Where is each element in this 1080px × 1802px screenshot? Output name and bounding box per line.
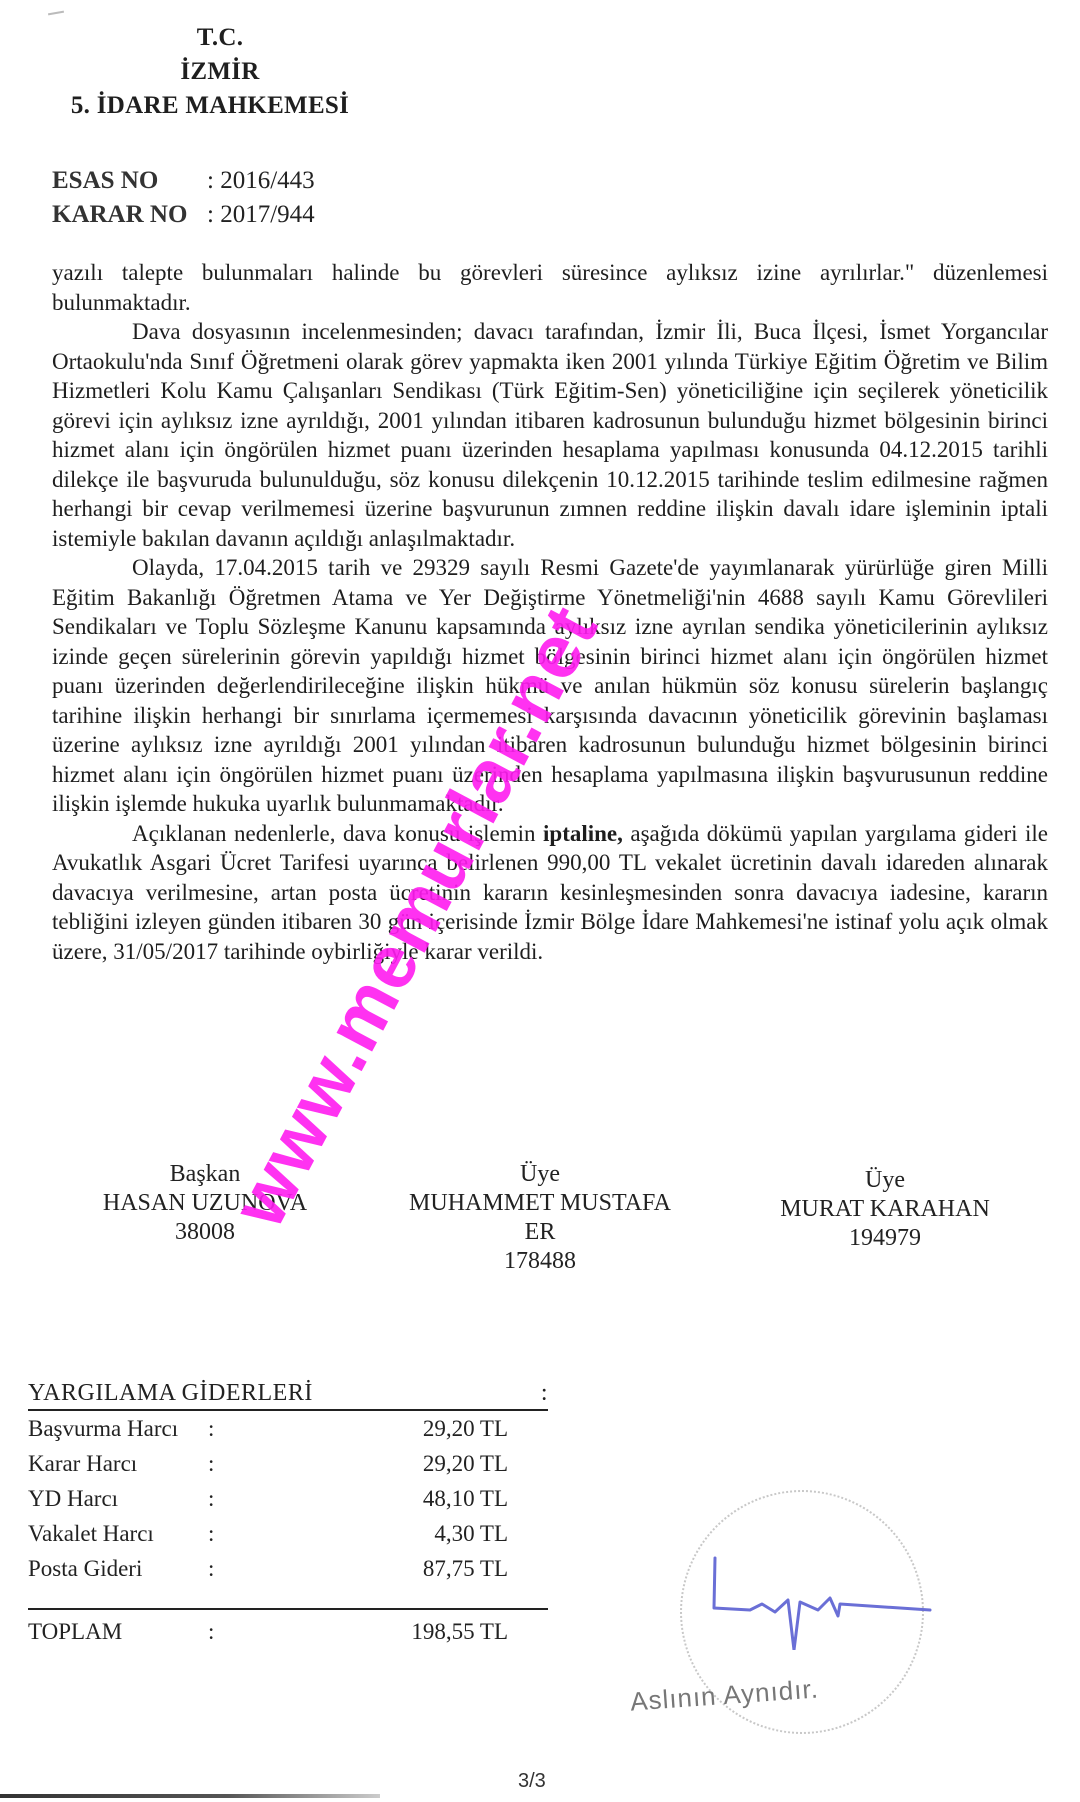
cost-total-row: TOPLAM:198,55 TL bbox=[28, 1608, 548, 1649]
total-value: 198,55 TL bbox=[268, 1619, 508, 1645]
signature-icon bbox=[690, 1520, 950, 1650]
cost-colon: : bbox=[208, 1486, 268, 1512]
paragraph-4: Açıklanan nedenlerle, dava konusu işlemi… bbox=[52, 819, 1048, 967]
cost-row: Başvurma Harcı:29,20 TL bbox=[28, 1411, 548, 1446]
scan-mark bbox=[48, 11, 64, 16]
karar-label: KARAR NO bbox=[52, 198, 207, 232]
costs-title: YARGILAMA GİDERLERİ : bbox=[28, 1380, 548, 1411]
signatory-role: Üye bbox=[380, 1160, 700, 1189]
signatory-name: MUHAMMET MUSTAFA bbox=[380, 1189, 700, 1218]
cost-label: Vakalet Harcı bbox=[28, 1521, 208, 1547]
case-info: ESAS NO : 2016/443 KARAR NO : 2017/944 bbox=[52, 164, 315, 232]
header-tc: T.C. bbox=[170, 24, 270, 52]
cost-value: 4,30 TL bbox=[268, 1521, 508, 1547]
cost-colon: : bbox=[208, 1451, 268, 1477]
cost-value: 29,20 TL bbox=[268, 1451, 508, 1477]
costs-title-colon: : bbox=[541, 1380, 548, 1407]
signatory-member-2: Üye MURAT KARAHAN 194979 bbox=[745, 1166, 1025, 1253]
cost-row: Karar Harcı:29,20 TL bbox=[28, 1446, 548, 1481]
cost-value: 29,20 TL bbox=[268, 1416, 508, 1442]
cost-row: Posta Gideri:87,75 TL bbox=[28, 1551, 548, 1586]
signatory-id: 194979 bbox=[745, 1224, 1025, 1253]
costs-title-text: YARGILAMA GİDERLERİ bbox=[28, 1380, 313, 1407]
header-city: İZMİR bbox=[150, 58, 290, 86]
cost-colon: : bbox=[208, 1556, 268, 1582]
cost-label: Karar Harcı bbox=[28, 1451, 208, 1477]
paragraph-2: Dava dosyasının incelenmesinden; davacı … bbox=[52, 317, 1048, 553]
cost-label: Başvurma Harcı bbox=[28, 1416, 208, 1442]
cost-row: Vakalet Harcı:4,30 TL bbox=[28, 1516, 548, 1551]
signatory-member-1: Üye MUHAMMET MUSTAFA ER 178488 bbox=[380, 1160, 700, 1276]
karar-value: : 2017/944 bbox=[207, 198, 315, 232]
scan-edge bbox=[0, 1794, 380, 1798]
paragraph-1: yazılı talepte bulunmaları halinde bu gö… bbox=[52, 258, 1048, 317]
esas-label: ESAS NO bbox=[52, 164, 207, 198]
costs-table: YARGILAMA GİDERLERİ : Başvurma Harcı:29,… bbox=[28, 1380, 548, 1649]
signatory-name: MURAT KARAHAN bbox=[745, 1195, 1025, 1224]
cost-value: 48,10 TL bbox=[268, 1486, 508, 1512]
page-number: 3/3 bbox=[518, 1770, 546, 1793]
document-page: T.C. İZMİR 5. İDARE MAHKEMESİ ESAS NO : … bbox=[0, 0, 1080, 1802]
p4-bold: iptaline, bbox=[543, 821, 623, 846]
cost-colon: : bbox=[208, 1521, 268, 1547]
signatory-role: Üye bbox=[745, 1166, 1025, 1195]
cost-label: YD Harcı bbox=[28, 1486, 208, 1512]
cost-label: Posta Gideri bbox=[28, 1556, 208, 1582]
esas-value: : 2016/443 bbox=[207, 164, 315, 198]
cost-colon: : bbox=[208, 1416, 268, 1442]
total-colon: : bbox=[208, 1619, 268, 1645]
signatory-name-cont: ER bbox=[380, 1218, 700, 1247]
cost-value: 87,75 TL bbox=[268, 1556, 508, 1582]
cost-row: YD Harcı:48,10 TL bbox=[28, 1481, 548, 1516]
signatory-id: 178488 bbox=[380, 1247, 700, 1276]
total-label: TOPLAM bbox=[28, 1619, 208, 1645]
header-court: 5. İDARE MAHKEMESİ bbox=[60, 92, 360, 120]
